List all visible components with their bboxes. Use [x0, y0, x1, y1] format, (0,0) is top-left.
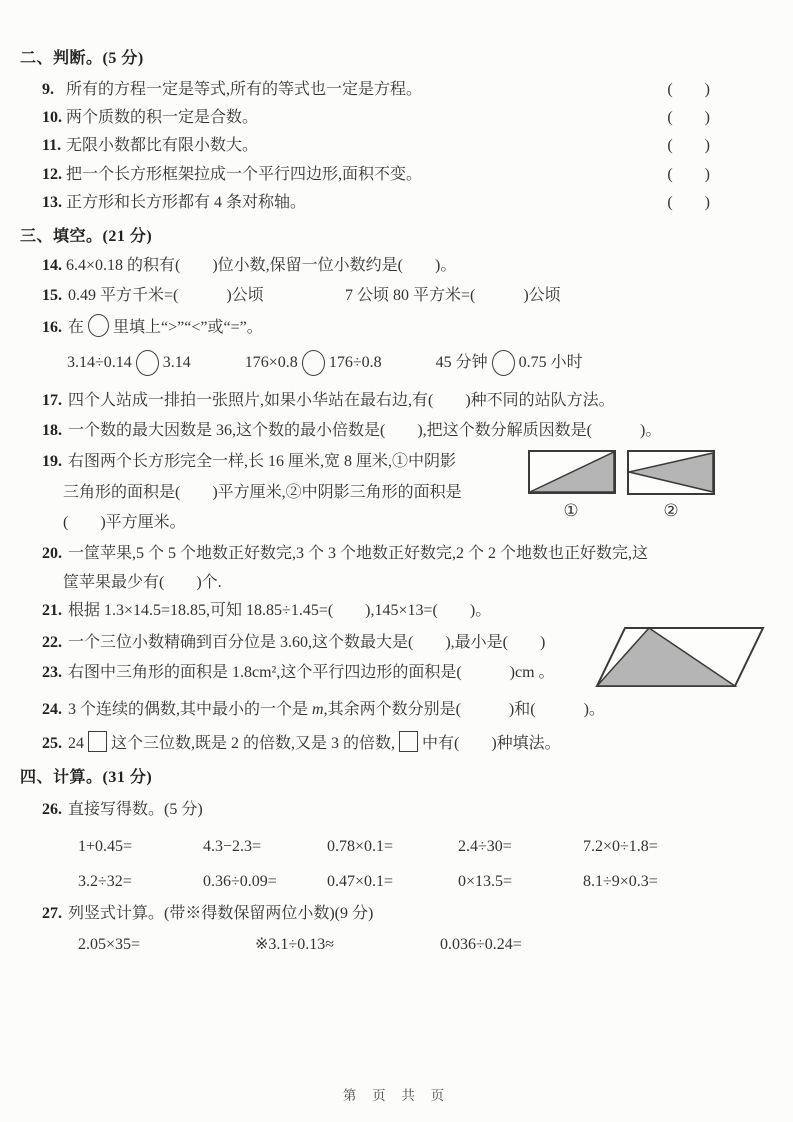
- answer-parens: ( ): [667, 135, 710, 157]
- compare-left: 176×0.8: [245, 352, 298, 374]
- blank-square-icon: [399, 731, 418, 752]
- question-number: 18.: [42, 422, 62, 439]
- question-text: 6.4×0.18 的积有( )位小数,保留一位小数约是( )。: [66, 255, 456, 277]
- question-number: 22.: [42, 634, 62, 651]
- question-number: 26.: [42, 801, 62, 818]
- question-number: 10.: [42, 107, 64, 129]
- question-text-2: 这个三位数,既是 2 的倍数,又是 3 的倍数,: [111, 735, 395, 752]
- question-number: 25.: [42, 735, 62, 752]
- question-text: 根据 1.3×14.5=18.85,可知 18.85÷1.45=( ),145×…: [68, 602, 491, 619]
- question-number: 9.: [42, 79, 64, 101]
- rectangle-figure-1: [528, 450, 616, 501]
- variable-m: m: [312, 701, 324, 718]
- compare-group-2: 176×0.8176÷0.8: [245, 350, 382, 376]
- question-number: 17.: [42, 392, 62, 409]
- figure-2-label: ②: [656, 500, 686, 522]
- fill-question-17: 17. 四个人站成一排拍一张照片,如果小华站在最右边,有( )种不同的站队方法。: [42, 390, 615, 412]
- fill-question-15-right: 7 公顷 80 平方米=( )公顷: [345, 285, 561, 307]
- compare-right: 0.75 小时: [519, 352, 583, 374]
- fill-question-14: 14. 6.4×0.18 的积有( )位小数,保留一位小数约是( )。: [42, 255, 710, 277]
- question-text-right: 7 公顷 80 平方米=( )公顷: [345, 287, 561, 304]
- question-text-pre: 3 个连续的偶数,其中最小的一个是: [68, 701, 312, 718]
- equation: 1+0.45=: [78, 836, 132, 858]
- question-text: 两个质数的积一定是合数。: [66, 107, 258, 129]
- blank-square-icon: [88, 731, 107, 752]
- calc-question-27-header: 27. 列竖式计算。(带※得数保留两位小数)(9 分): [42, 903, 373, 925]
- answer-parens: ( ): [667, 79, 710, 101]
- figure-1-label: ①: [556, 500, 586, 522]
- fill-question-19-line3: ( )平方厘米。: [63, 512, 186, 534]
- question-text-left: 0.49 平方千米=( )公顷: [68, 287, 264, 304]
- parallelogram-figure: [593, 622, 769, 701]
- question-number: 16.: [42, 319, 62, 336]
- question-text-1: 24: [68, 735, 84, 752]
- fill-question-20-line2: 筐苹果最少有( )个.: [63, 572, 222, 594]
- compare-left: 45 分钟: [436, 352, 488, 374]
- judge-question-9: 9. 所有的方程一定是等式,所有的等式也一定是方程。 ( ): [42, 79, 710, 101]
- question-text: 所有的方程一定是等式,所有的等式也一定是方程。: [66, 79, 422, 101]
- section-calc-title: 四、计算。(31 分): [20, 767, 152, 789]
- equation: 2.4÷30=: [458, 836, 512, 858]
- question-text: 右图两个长方形完全一样,长 16 厘米,宽 8 厘米,①中阴影: [68, 453, 456, 470]
- equation: 0×13.5=: [458, 871, 512, 893]
- judge-question-10: 10. 两个质数的积一定是合数。 ( ): [42, 107, 710, 129]
- question-text-post: 里填上“>”“<”或“=”。: [113, 319, 263, 336]
- equation: 2.05×35=: [78, 934, 140, 956]
- blank-circle-icon: [88, 314, 109, 337]
- compare-circle-icon: [136, 350, 159, 376]
- question-number: 27.: [42, 905, 62, 922]
- question-number: 14.: [42, 255, 64, 277]
- question-text-3: 中有( )种填法。: [422, 735, 561, 752]
- compare-right: 176÷0.8: [329, 352, 382, 374]
- fill-question-18: 18. 一个数的最大因数是 36,这个数的最小倍数是( ),把这个数分解质因数是…: [42, 420, 661, 442]
- answer-parens: ( ): [667, 107, 710, 129]
- equation: ※3.1÷0.13≈: [255, 934, 334, 956]
- answer-parens: ( ): [667, 192, 710, 214]
- equation: 0.78×0.1=: [327, 836, 393, 858]
- question-text: 无限小数都比有限小数大。: [66, 135, 258, 157]
- compare-circle-icon: [302, 350, 325, 376]
- question-number: 19.: [42, 453, 62, 470]
- question-number: 12.: [42, 164, 64, 186]
- compare-left: 3.14÷0.14: [67, 352, 132, 374]
- calc-question-26-header: 26. 直接写得数。(5 分): [42, 799, 203, 821]
- question-number: 15.: [42, 287, 62, 304]
- question-number: 11.: [42, 135, 64, 157]
- question-text: 把一个长方形框架拉成一个平行四边形,面积不变。: [66, 164, 422, 186]
- equation: 0.36÷0.09=: [203, 871, 277, 893]
- page-footer: 第 页 共 页: [0, 1085, 793, 1107]
- fill-question-24: 24. 3 个连续的偶数,其中最小的一个是 m,其余两个数分别是( )和( )。: [42, 699, 605, 721]
- fill-question-19-line1: 19. 右图两个长方形完全一样,长 16 厘米,宽 8 厘米,①中阴影: [42, 451, 456, 473]
- section-judge-title: 二、判断。(5 分): [20, 48, 144, 70]
- question-text: 四个人站成一排拍一张照片,如果小华站在最右边,有( )种不同的站队方法。: [68, 392, 615, 409]
- question-text: 正方形和长方形都有 4 条对称轴。: [66, 192, 306, 214]
- section-fill-title: 三、填空。(21 分): [20, 226, 152, 248]
- fill-question-20-line1: 20. 一筐苹果,5 个 5 个地数正好数完,3 个 3 个地数正好数完,2 个…: [42, 543, 648, 565]
- judge-question-12: 12. 把一个长方形框架拉成一个平行四边形,面积不变。 ( ): [42, 164, 710, 186]
- compare-right: 3.14: [163, 352, 191, 374]
- question-text: 一个三位小数精确到百分位是 3.60,这个数最大是( ),最小是( ): [68, 634, 545, 651]
- question-text: 右图中三角形的面积是 1.8cm²,这个平行四边形的面积是( )cm 。: [68, 664, 555, 681]
- fill-question-22: 22. 一个三位小数精确到百分位是 3.60,这个数最大是( ),最小是( ): [42, 632, 545, 654]
- compare-circle-icon: [492, 350, 515, 376]
- answer-parens: ( ): [667, 164, 710, 186]
- question-number: 23.: [42, 664, 62, 681]
- equation: 0.036÷0.24=: [440, 934, 522, 956]
- equation: 0.47×0.1=: [327, 871, 393, 893]
- question-number: 20.: [42, 545, 62, 562]
- fill-question-25: 25. 24这个三位数,既是 2 的倍数,又是 3 的倍数,中有( )种填法。: [42, 731, 561, 755]
- question-text-post: ,其余两个数分别是( )和( )。: [324, 701, 605, 718]
- question-text: 列竖式计算。(带※得数保留两位小数)(9 分): [68, 905, 373, 922]
- judge-question-11: 11. 无限小数都比有限小数大。 ( ): [42, 135, 710, 157]
- equation: 7.2×0÷1.8=: [583, 836, 658, 858]
- compare-row: 3.14÷0.143.14 176×0.8176÷0.8 45 分钟0.75 小…: [67, 350, 583, 376]
- compare-group-1: 3.14÷0.143.14: [67, 350, 191, 376]
- equation: 3.2÷32=: [78, 871, 132, 893]
- judge-question-13: 13. 正方形和长方形都有 4 条对称轴。 ( ): [42, 192, 710, 214]
- fill-question-16: 16. 在里填上“>”“<”或“=”。: [42, 314, 263, 339]
- question-number: 13.: [42, 192, 64, 214]
- rectangle-figure-2: [627, 450, 715, 502]
- question-text: 一个数的最大因数是 36,这个数的最小倍数是( ),把这个数分解质因数是( )。: [68, 422, 661, 439]
- fill-question-19-line2: 三角形的面积是( )平方厘米,②中阴影三角形的面积是: [63, 482, 462, 504]
- equation: 8.1÷9×0.3=: [583, 871, 658, 893]
- question-number: 24.: [42, 701, 62, 718]
- fill-question-21: 21. 根据 1.3×14.5=18.85,可知 18.85÷1.45=( ),…: [42, 600, 491, 622]
- question-number: 21.: [42, 602, 62, 619]
- fill-question-15: 15. 0.49 平方千米=( )公顷: [42, 285, 264, 307]
- question-text: 一筐苹果,5 个 5 个地数正好数完,3 个 3 个地数正好数完,2 个 2 个…: [68, 545, 648, 562]
- fill-question-23: 23. 右图中三角形的面积是 1.8cm²,这个平行四边形的面积是( )cm 。: [42, 662, 555, 684]
- question-text: 直接写得数。(5 分): [68, 801, 203, 818]
- compare-group-3: 45 分钟0.75 小时: [436, 350, 583, 376]
- equation: 4.3−2.3=: [203, 836, 261, 858]
- exam-page: 二、判断。(5 分) 9. 所有的方程一定是等式,所有的等式也一定是方程。 ( …: [0, 0, 793, 1122]
- question-text-pre: 在: [68, 319, 84, 336]
